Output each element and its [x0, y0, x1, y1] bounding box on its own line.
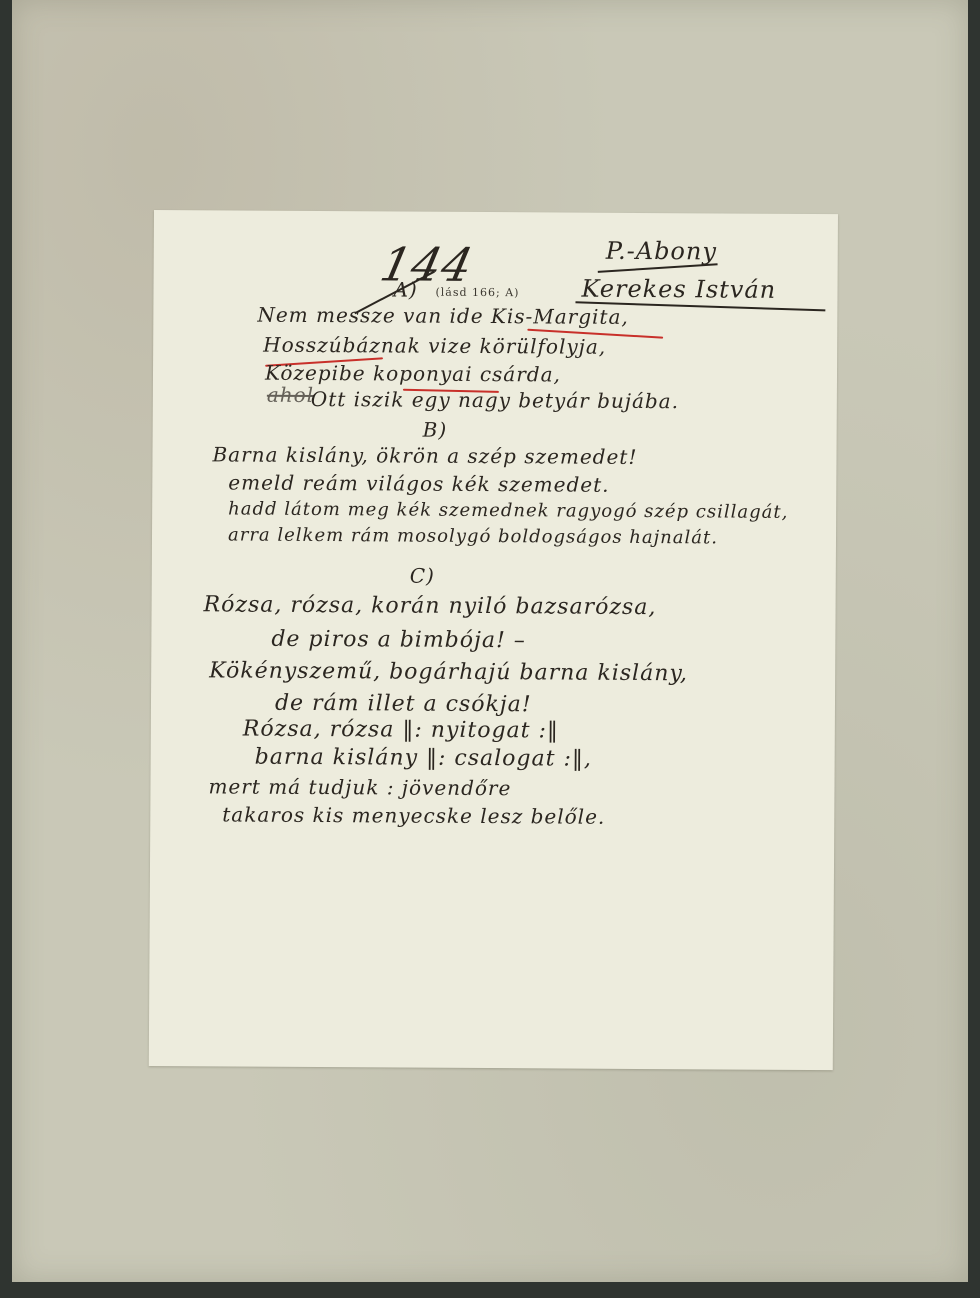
place-name: P.-Abony	[606, 237, 717, 266]
section-b-label: B)	[423, 418, 448, 442]
section-b-line-3: hadd látom meg kék szemednek ragyogó szé…	[228, 498, 788, 522]
mounting-card: 144 P.-Abony Kerekes István A) (lásd 166…	[12, 0, 968, 1282]
section-c-line-2: de piros a bimbója! –	[271, 627, 526, 654]
section-c-line-7: mert má tudjuk : jövendőre	[208, 774, 511, 800]
section-a-line-2: Hosszúbáznak vize körülfolyja,	[263, 333, 606, 359]
struck-word: ahol	[267, 383, 314, 407]
section-a-line-4: Ott iszik egy nagy betyár bujába.	[311, 387, 679, 413]
manuscript-sheet: 144 P.-Abony Kerekes István A) (lásd 166…	[149, 210, 838, 1070]
section-c-line-4: de rám illet a csókja!	[275, 691, 532, 718]
section-a-line-1: Nem messze van ide Kis-Margita,	[257, 303, 629, 329]
collector-name: Kerekes István	[581, 275, 776, 304]
section-b-line-4: arra lelkem rám mosolygó boldogságos haj…	[228, 524, 718, 548]
section-a-note: (lásd 166; A)	[435, 286, 519, 300]
section-c-line-5: Rózsa, rózsa ‖: nyitogat :‖	[243, 717, 559, 744]
section-b-line-1: Barna kislány, ökrön a szép szemedet!	[212, 442, 637, 469]
section-b-line-2: emeld reám világos kék szemedet.	[228, 470, 609, 496]
section-c-line-1: Rózsa, rózsa, korán nyiló bazsarózsa,	[204, 592, 657, 620]
section-a-label: A)	[393, 277, 417, 301]
section-c-line-6: barna kislány ‖: csalogat :‖,	[255, 745, 592, 772]
document-number: 144	[376, 237, 479, 291]
section-c-line-3: Kökényszemű, bogárhajú barna kislány,	[209, 658, 688, 686]
section-c-line-8: takaros kis menyecske lesz belőle.	[222, 802, 605, 828]
section-c-label: C)	[410, 564, 435, 588]
